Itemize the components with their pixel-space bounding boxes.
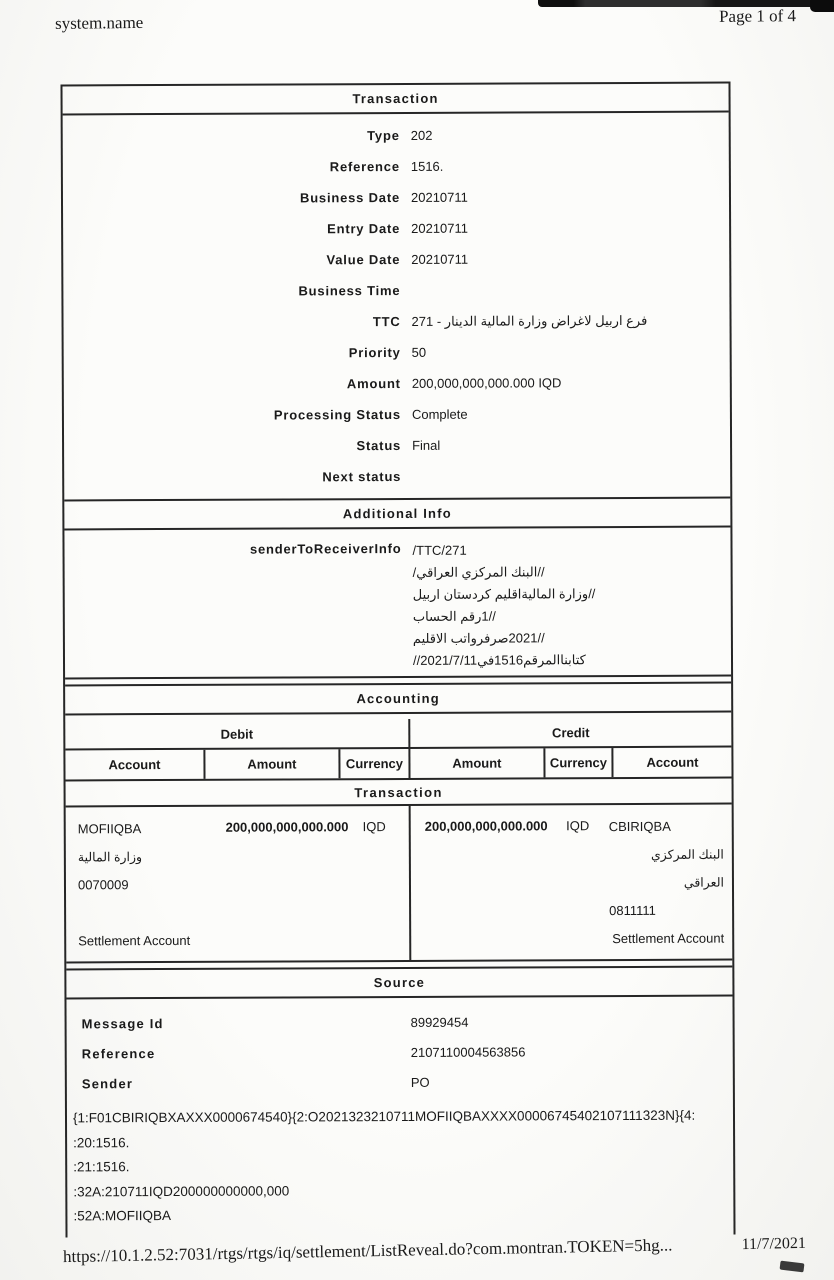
- field-row-priority: Priority 50: [64, 336, 730, 370]
- field-value: 202: [400, 127, 729, 143]
- swift-message-line: :32A:210711IQD200000000000,000: [73, 1177, 729, 1204]
- field-label: Entry Date: [63, 221, 400, 237]
- info-line: وزارة الماليةاقليم كردستان اربيل//: [413, 583, 731, 606]
- source-field-value: 2107110004563856: [399, 1043, 733, 1059]
- field-label: Value Date: [63, 252, 400, 268]
- field-label: Status: [64, 438, 401, 454]
- field-value: 20210711: [400, 220, 729, 236]
- credit-currency-column-header: Currency: [545, 748, 613, 777]
- debit-account-name: وزارة المالية: [78, 843, 226, 872]
- field-value: 200,000,000,000.000 IQD: [401, 375, 730, 391]
- print-header: system.name Page 1 of 4: [55, 6, 796, 34]
- credit-account-name: البنك المركزي العراقي: [609, 841, 724, 898]
- field-value: Final: [401, 437, 730, 453]
- field-value: 271 - فرع اربيل لاغراض وزارة المالية الد…: [400, 312, 729, 329]
- field-row-type: Type 202: [63, 119, 729, 153]
- transaction-report: Transaction Type 202 Reference 1516. Bus…: [60, 82, 735, 1237]
- source-row-sender: Sender PO: [67, 1066, 733, 1099]
- field-row-business-date: Business Date 20210711: [63, 181, 729, 215]
- credit-amount-cell: 200,000,000,000.000: [425, 813, 548, 954]
- field-value: [400, 289, 729, 290]
- field-value: 1516.: [400, 158, 729, 174]
- debit-header: Debit: [65, 719, 410, 749]
- debit-currency-cell: IQD: [346, 814, 404, 954]
- source-field-value: PO: [399, 1073, 733, 1089]
- credit-account-code: CBIRIQBA: [609, 813, 724, 842]
- credit-entry: 200,000,000,000.000 IQD CBIRIQBA البنك ا…: [411, 805, 733, 960]
- info-line: /TTC/271: [412, 539, 730, 562]
- credit-account-column-header: Account: [613, 748, 731, 778]
- field-label: Business Time: [63, 283, 400, 299]
- scanned-page: system.name Page 1 of 4 Transaction Type…: [0, 0, 834, 1280]
- debit-credit-header-row: Debit Credit: [65, 718, 731, 749]
- field-row-amount: Amount 200,000,000,000.000 IQD: [64, 367, 730, 401]
- field-value: 50: [401, 344, 730, 360]
- field-label: Amount: [64, 376, 401, 392]
- field-row-entry-date: Entry Date 20210711: [63, 212, 729, 246]
- debit-account-code: MOFIIQBA: [78, 815, 226, 844]
- swift-message-line: :20:1516.: [73, 1128, 729, 1155]
- field-row-next-status: Next status: [64, 460, 730, 494]
- source-content: Message Id 89929454 Reference 2107110004…: [67, 1002, 734, 1237]
- info-line: رقم الحساب‎1//: [413, 605, 731, 628]
- transaction-section-title: Transaction: [62, 82, 728, 116]
- additional-info-section-title: Additional Info: [64, 497, 730, 531]
- debit-currency-column-header: Currency: [340, 749, 410, 778]
- field-value: [401, 475, 730, 476]
- sender-to-receiver-info-value: /TTC/271 /البنك المركزي العراقي// وزارة …: [401, 539, 731, 672]
- source-field-label: Sender: [67, 1075, 399, 1091]
- field-row-status: Status Final: [64, 429, 730, 463]
- scan-smudge-top-corner: [810, 0, 834, 12]
- field-label: Processing Status: [64, 407, 401, 423]
- accounting-transaction-band: Transaction: [66, 777, 732, 808]
- sender-to-receiver-info-label: senderToReceiverInfo: [64, 540, 401, 557]
- source-field-label: Reference: [67, 1045, 399, 1061]
- field-label: Type: [63, 128, 400, 144]
- debit-account-column-header: Account: [65, 750, 205, 780]
- info-line: صرفرواتب الاقليم‎2021//: [413, 627, 731, 650]
- field-value: 20210711: [400, 251, 729, 267]
- swift-message-block: {1:F01CBIRIQBXAXXX0000674540}{2:O2021323…: [67, 1096, 734, 1231]
- debit-account-number: 0070009: [78, 871, 226, 900]
- credit-account-number: 0811111: [609, 897, 724, 926]
- debit-amount-column-header: Amount: [205, 749, 340, 779]
- field-label: Next status: [64, 469, 401, 485]
- swift-message-line: {1:F01CBIRIQBXAXXX0000674540}{2:O2021323…: [73, 1104, 729, 1131]
- debit-account-type: Settlement Account: [78, 927, 226, 956]
- debit-entry: MOFIIQBA وزارة المالية 0070009 Settlemen…: [66, 806, 412, 962]
- field-value: 20210711: [400, 189, 729, 205]
- print-footer: https://10.1.2.52:7031/rtgs/rtgs/iq/sett…: [63, 1233, 806, 1267]
- source-row-reference: Reference 2107110004563856: [67, 1036, 733, 1069]
- swift-message-line: :21:1516.: [73, 1153, 729, 1180]
- footer-url: https://10.1.2.52:7031/rtgs/rtgs/iq/sett…: [63, 1235, 673, 1267]
- transaction-fields: Type 202 Reference 1516. Business Date 2…: [63, 113, 731, 500]
- additional-info-content: senderToReceiverInfo /TTC/271 /البنك الم…: [64, 533, 731, 680]
- footer-date: 11/7/2021: [741, 1235, 806, 1254]
- field-row-processing-status: Processing Status Complete: [64, 398, 730, 432]
- system-name-label: system.name: [55, 13, 144, 34]
- field-row-business-time: Business Time: [63, 274, 729, 308]
- accounting-section-title: Accounting: [65, 682, 731, 716]
- credit-account-cell: CBIRIQBA البنك المركزي العراقي 0811111 S…: [609, 813, 729, 954]
- field-row-ttc: TTC 271 - فرع اربيل لاغراض وزارة المالية…: [63, 305, 729, 339]
- field-label: TTC: [63, 314, 400, 330]
- source-section-title: Source: [66, 966, 732, 1000]
- column-header-row: Account Amount Currency Amount Currency …: [65, 746, 731, 780]
- debit-account-cell: MOFIIQBA وزارة المالية 0070009 Settlemen…: [78, 815, 226, 956]
- field-row-reference: Reference 1516.: [63, 150, 729, 184]
- field-label: Priority: [64, 345, 401, 361]
- info-line: //2021/7/11في‎1516كتابناالمرقم: [413, 649, 731, 672]
- accounting-data-row: MOFIIQBA وزارة المالية 0070009 Settlemen…: [66, 805, 733, 962]
- credit-amount-column-header: Amount: [410, 748, 545, 778]
- credit-header: Credit: [410, 718, 731, 747]
- field-value: Complete: [401, 406, 730, 422]
- source-field-label: Message Id: [67, 1015, 399, 1031]
- field-row-value-date: Value Date 20210711: [63, 243, 729, 277]
- field-label: Reference: [63, 159, 400, 175]
- source-row-message-id: Message Id 89929454: [67, 1006, 733, 1039]
- credit-account-type: Settlement Account: [609, 925, 724, 954]
- credit-currency-cell: IQD: [547, 813, 610, 953]
- debit-amount-cell: 200,000,000,000.000: [226, 814, 347, 955]
- scan-smudge-bottom-right: [780, 1261, 805, 1273]
- field-label: Business Date: [63, 190, 400, 206]
- swift-message-line: :52A:MOFIIQBA: [73, 1202, 729, 1229]
- info-line: /البنك المركزي العراقي//: [413, 561, 731, 584]
- source-field-value: 89929454: [399, 1013, 733, 1029]
- page-number-label: Page 1 of 4: [719, 6, 796, 27]
- accounting-table: Debit Credit Account Amount Currency Amo…: [65, 718, 732, 964]
